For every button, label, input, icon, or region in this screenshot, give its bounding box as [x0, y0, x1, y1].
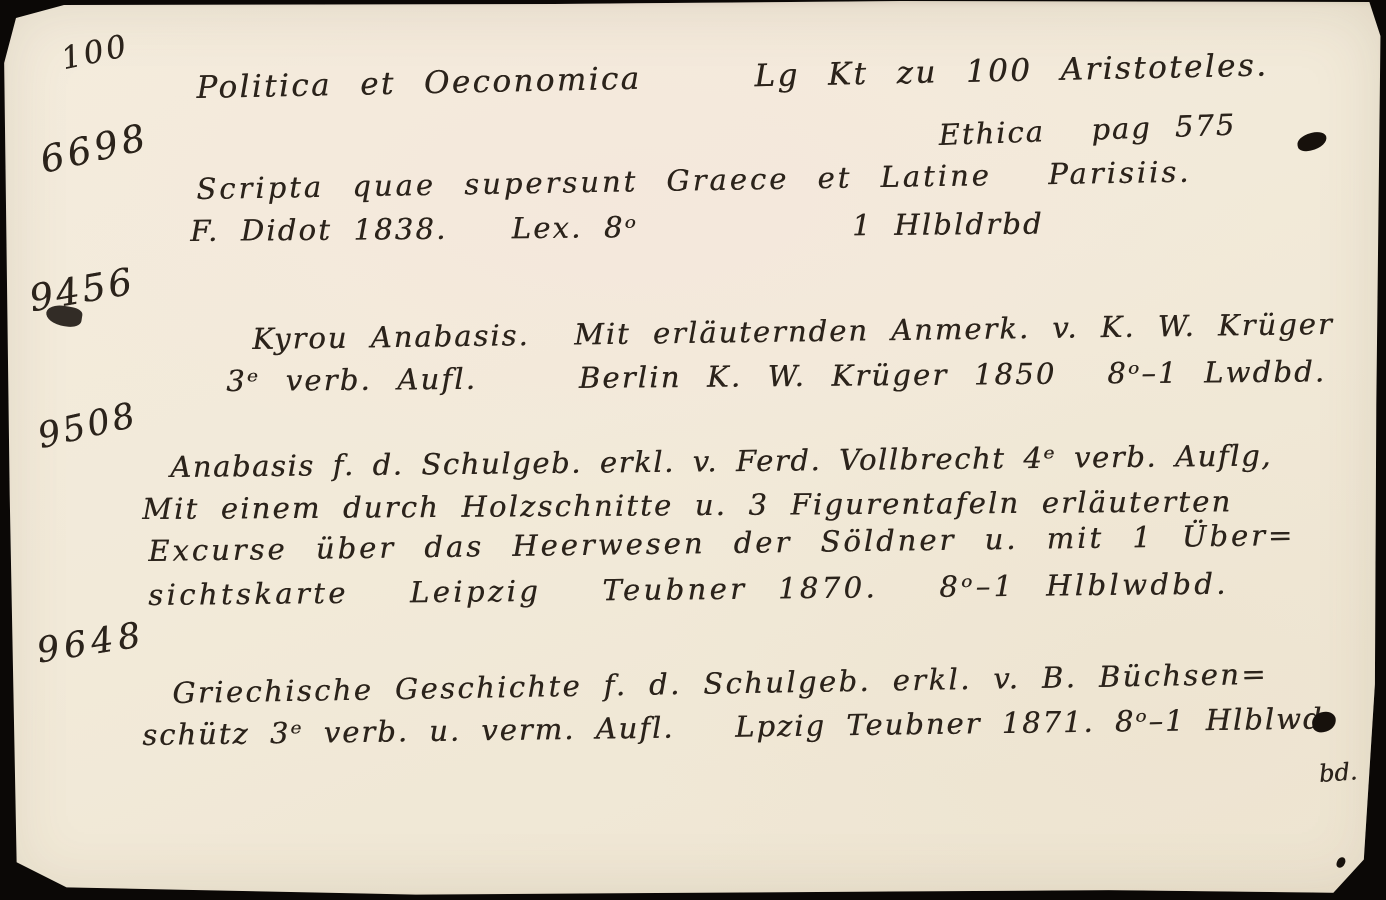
entry-line: Griechische Geschichte f. d. Schulgeb. e… [172, 657, 1268, 710]
entry-line: bd. [1318, 757, 1358, 788]
entry-line: sichtskarte Leipzig Teubner 1870. 8ᵒ–1 H… [148, 567, 1229, 612]
entry-line: Politica et Oeconomica Lg Kt zu 100 Aris… [196, 48, 1269, 106]
entry-line: Scripta quae supersunt Graece et Latine … [196, 155, 1192, 206]
entry-number: 9508 [34, 395, 141, 457]
entry-number: 6698 [36, 115, 153, 182]
entry-line: Kyrou Anabasis. Mit erläuternden Anmerk.… [252, 307, 1334, 356]
entry-line: 3ᵉ verb. Aufl. Berlin K. W. Krüger 1850 … [226, 354, 1326, 398]
entry-line: Excurse über das Heerwesen der Söldner u… [148, 518, 1295, 568]
entry-line: Ethica pag 575 [938, 108, 1237, 152]
catalog-card: 100 Politica et Oeconomica Lg Kt zu 100 … [0, 0, 1386, 900]
ink-blot [1335, 856, 1346, 869]
scan-background: 100 Politica et Oeconomica Lg Kt zu 100 … [0, 0, 1386, 900]
entry-line: schütz 3ᵉ verb. u. verm. Aufl. Lpzig Teu… [142, 702, 1324, 752]
entry-line: Anabasis f. d. Schulgeb. erkl. v. Ferd. … [170, 438, 1272, 484]
entry-number: 9648 [34, 615, 148, 672]
ink-blot [1295, 130, 1328, 154]
entry-line: Mit einem durch Holzschnitte u. 3 Figure… [142, 484, 1232, 526]
entry-number: 100 [58, 28, 132, 77]
entry-line: F. Didot 1838. Lex. 8ᵒ 1 Hlbldrbd [190, 207, 1044, 248]
entry-number: 9456 [26, 260, 138, 321]
